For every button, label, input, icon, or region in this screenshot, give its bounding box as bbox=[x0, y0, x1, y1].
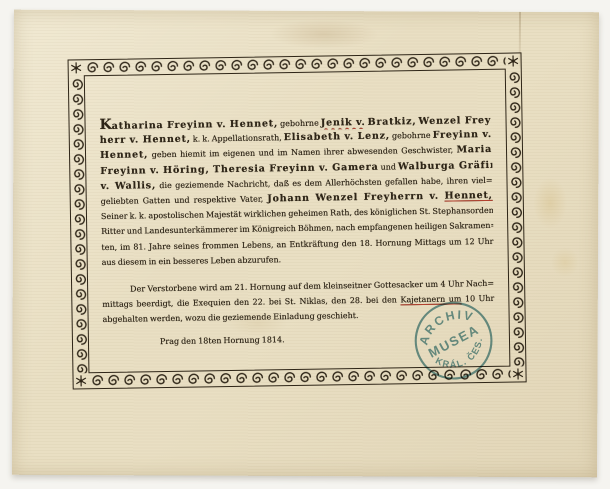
text-segment: gebohrne bbox=[278, 119, 321, 129]
paper-stain bbox=[533, 177, 567, 229]
corner-rosette-icon bbox=[69, 60, 84, 75]
text-segment: v. Wallis, bbox=[100, 180, 156, 192]
text-segment: geliebten Gatten und respektive Vater, bbox=[101, 194, 268, 206]
text-segment: Freyinn v. Höring, Theresia Freyinn v. G… bbox=[100, 161, 378, 176]
red-annotated-text: Hennet, bbox=[444, 190, 492, 202]
text-segment: Walburga Gräfinn bbox=[398, 159, 492, 172]
text-segment: Elisabeth v. Lenz, bbox=[284, 131, 390, 144]
corner-rosette-icon bbox=[510, 366, 525, 381]
text-segment: abgehalten werden, wozu die geziemende E… bbox=[103, 311, 359, 324]
death-notice-paragraph: Katharina Freyinn v. Hennet, gebohrne Je… bbox=[99, 112, 493, 270]
text-segment: Maria bbox=[456, 144, 492, 156]
corner-rosette-icon bbox=[505, 53, 520, 68]
scan-background: { "page": { "background_color": "#f5f4f0… bbox=[0, 0, 610, 489]
text-segment: atharina Freyinn v. Hennet, bbox=[112, 118, 278, 132]
text-segment: Freyinn v. bbox=[433, 129, 492, 141]
text-segment: Wenzel Frey= bbox=[418, 115, 491, 127]
text-segment: geben hiemit im eigenen und im Namen ihr… bbox=[148, 146, 456, 160]
red-annotated-text: Jenik v. bbox=[321, 117, 366, 129]
text-segment: und bbox=[378, 162, 398, 171]
text-segment: Hennet, bbox=[100, 150, 148, 162]
text-segment: Bratkiz, bbox=[367, 116, 416, 128]
text-segment: ten, im 81. Jahre seines frommen Lebens,… bbox=[101, 236, 493, 251]
text-segment: mittags beerdigt, die Exequien den 22. b… bbox=[102, 295, 400, 309]
text-segment: Johann Wenzel Freyherrn v. bbox=[267, 191, 444, 205]
corner-rosette-icon bbox=[73, 373, 88, 388]
text-segment: herr v. Hennet, bbox=[100, 134, 191, 146]
text-segment: k. k. Appellationsrath, bbox=[191, 133, 284, 143]
paper-stain bbox=[269, 19, 379, 49]
text-segment: K bbox=[99, 117, 111, 133]
text-segment: aus diesem in ein besseres Leben abzuruf… bbox=[102, 255, 282, 267]
paper-sheet: Katharina Freyinn v. Hennet, gebohrne Je… bbox=[12, 10, 599, 478]
text-segment: gebohrne bbox=[390, 131, 433, 141]
paper-stain bbox=[551, 247, 579, 277]
